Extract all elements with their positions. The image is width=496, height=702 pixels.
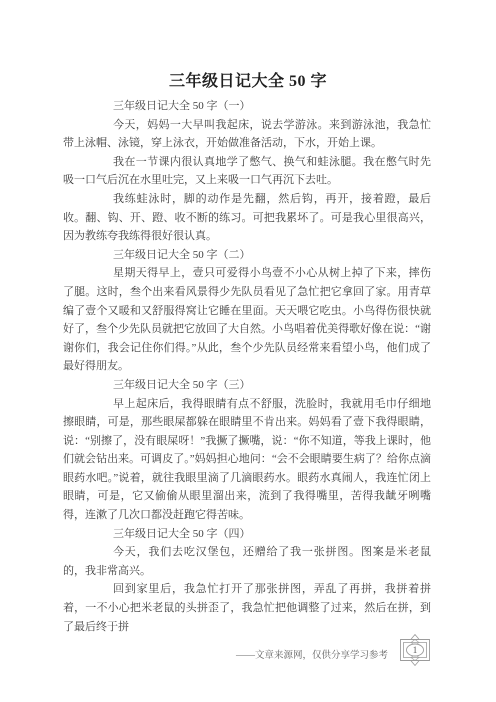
section-1: 三年级日记大全 50 字（一） 今天，妈妈一大早叫我起床，说去学游泳。来到游泳池… bbox=[63, 97, 431, 246]
paragraph: 星期天得早上，壹只可爱得小鸟壹不小心从树上掉了下来，摔伤了腿。这时，叁个出来看风… bbox=[63, 264, 431, 376]
paragraph: 今天，妈妈一大早叫我起床，说去学游泳。来到游泳池，我急忙带上泳帽、泳镜，穿上泳衣… bbox=[63, 116, 431, 153]
document-page: 三年级日记大全 50 字 三年级日记大全 50 字（一） 今天，妈妈一大早叫我起… bbox=[0, 0, 496, 702]
section-3: 三年级日记大全 50 字（三） 早上起床后，我得眼睛有点不舒服，洗脸时，我就用毛… bbox=[63, 376, 431, 525]
page-number: 1 bbox=[413, 645, 418, 655]
paragraph: 我在一节课内很认真地学了憋气、换气和蛙泳腿。我在憋气时先吸一口气后沉在水里吐完，… bbox=[63, 153, 431, 190]
section-heading: 三年级日记大全 50 字（二） bbox=[63, 246, 431, 265]
source-note: ——文章来源网，仅供分享学习参考 bbox=[236, 650, 388, 666]
section-4: 三年级日记大全 50 字（四） 今天，我们去吃汉堡包，还赠给了我一张拼图。图案是… bbox=[63, 525, 431, 637]
section-heading: 三年级日记大全 50 字（一） bbox=[63, 97, 431, 116]
section-heading: 三年级日记大全 50 字（三） bbox=[63, 376, 431, 395]
paragraph: 回到家里后，我急忙打开了那张拼图，弄乱了再拼，我拼着拼着，一不小心把米老鼠的头拼… bbox=[63, 580, 431, 636]
document-body: 三年级日记大全 50 字（一） 今天，妈妈一大早叫我起床，说去学游泳。来到游泳池… bbox=[63, 97, 431, 636]
page-footer: ——文章来源网，仅供分享学习参考 1 bbox=[236, 634, 433, 666]
document-title: 三年级日记大全 50 字 bbox=[0, 68, 496, 91]
paragraph: 今天，我们去吃汉堡包，还赠给了我一张拼图。图案是米老鼠的，我非常高兴。 bbox=[63, 543, 431, 580]
page-number-ornament-icon: 1 bbox=[397, 634, 433, 666]
section-2: 三年级日记大全 50 字（二） 星期天得早上，壹只可爱得小鸟壹不小心从树上掉了下… bbox=[63, 246, 431, 376]
paragraph: 我练蛙泳时，脚的动作是先翻，然后钩，再开，接着蹬，最后收。翻、钩、开、蹬、收不断… bbox=[63, 190, 431, 246]
paragraph: 早上起床后，我得眼睛有点不舒服，洗脸时，我就用毛巾仔细地擦眼睛，可是，那些眼屎都… bbox=[63, 395, 431, 525]
section-heading: 三年级日记大全 50 字（四） bbox=[63, 525, 431, 544]
